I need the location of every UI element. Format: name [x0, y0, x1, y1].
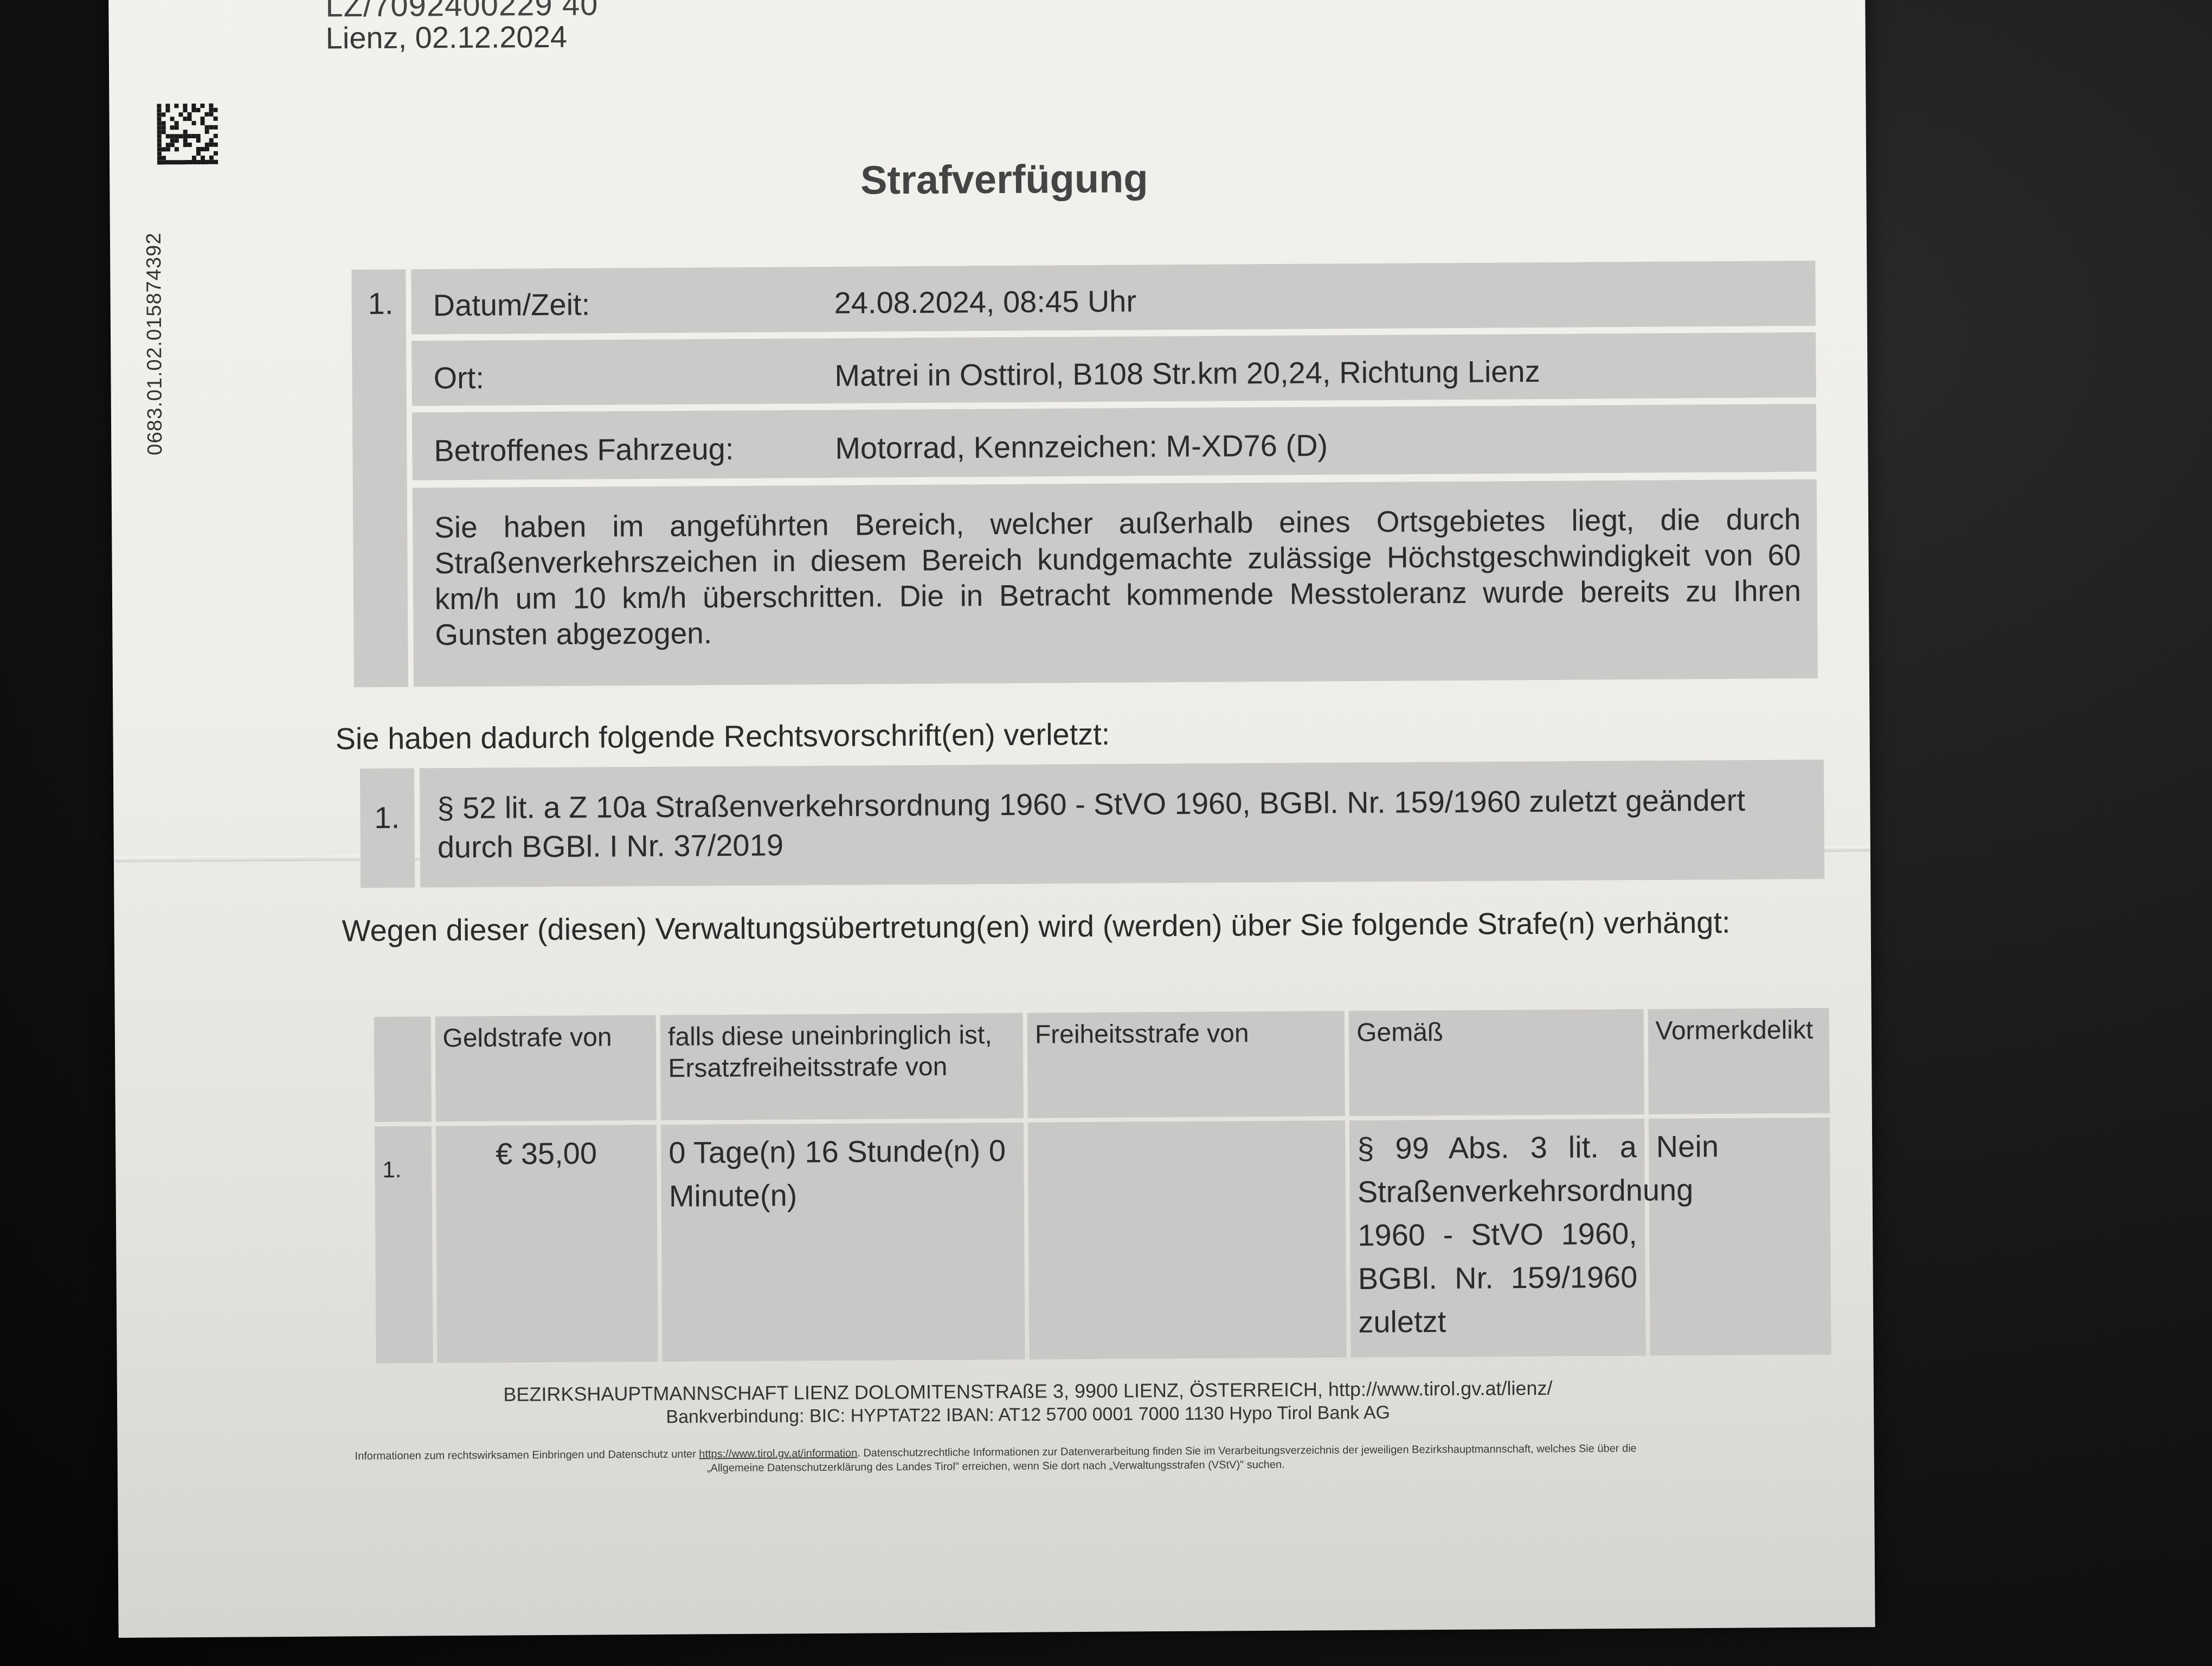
violation-text: § 52 lit. a Z 10a Straßenverkehrsordnung… [420, 760, 1824, 888]
penalty-number: 1. [375, 1126, 433, 1363]
incident-row-vehicle: Betroffenes Fahrzeug: Motorrad, Kennzeic… [412, 404, 1817, 480]
header-number [374, 1016, 432, 1122]
page-title: Strafverfügung [110, 151, 1866, 208]
incident-description: Sie haben im angeführten Bereich, welche… [434, 501, 1802, 652]
header-vormerkdelikt: Vormerkdelikt [1648, 1008, 1830, 1114]
penalty-ersatzfreiheitsstrafe: 0 Tage(n) 16 Stunde(n) 0 Minute(n) [661, 1123, 1025, 1362]
violation-number: 1. [374, 800, 400, 835]
incident-details: 1. Datum/Zeit: 24.08.2024, 08:45 Uhr Ort… [351, 261, 1818, 687]
header-ersatzfreiheitsstrafe: falls diese uneinbringlich ist, Ersatzfr… [660, 1013, 1024, 1120]
datetime-value: 24.08.2024, 08:45 Uhr [834, 283, 1136, 320]
penalty-freiheitsstrafe [1028, 1120, 1347, 1360]
incident-row-description: Sie haben im angeführten Bereich, welche… [413, 479, 1818, 687]
penalty-vormerkdelikt: Nein [1648, 1118, 1831, 1356]
incident-number-cell: 1. [351, 270, 408, 688]
table-row: 1. € 35,00 0 Tage(n) 16 Stunde(n) 0 Minu… [375, 1118, 1831, 1363]
incident-row-datetime: Datum/Zeit: 24.08.2024, 08:45 Uhr [411, 261, 1816, 335]
place-date: Lienz, 02.12.2024 [325, 19, 567, 56]
header-gemaess: Gemäß [1349, 1009, 1644, 1116]
violations-intro: Sie haben dadurch folgende Rechtsvorschr… [335, 716, 1110, 757]
vehicle-label: Betroffenes Fahrzeug: [434, 431, 734, 468]
violation-number-cell: 1. [360, 768, 415, 888]
header-freiheitsstrafe: Freiheitsstrafe von [1027, 1011, 1345, 1118]
penalty-table: Geldstrafe von falls diese uneinbringlic… [370, 1004, 1836, 1368]
datetime-label: Datum/Zeit: [433, 287, 590, 323]
datamatrix-code-icon [157, 104, 218, 165]
header-geldstrafe: Geldstrafe von [435, 1015, 657, 1122]
footer-privacy: Informationen zum rechtswirksamen Einbri… [351, 1441, 1641, 1478]
document-page: LZ/7092400229 40 Lienz, 02.12.2024 0683.… [108, 0, 1875, 1638]
side-document-code: 0683.01.02.015874392 [143, 232, 168, 455]
violations-list: 1. § 52 lit. a Z 10a Straßenverkehrsordn… [360, 760, 1824, 888]
incident-number: 1. [368, 286, 393, 321]
privacy-text-pre: Informationen zum rechtswirksamen Einbri… [355, 1448, 699, 1462]
privacy-link[interactable]: https://www.tirol.gv.at/information [699, 1447, 857, 1460]
vehicle-value: Motorrad, Kennzeichen: M-XD76 (D) [835, 427, 1328, 466]
location-value: Matrei in Osttirol, B108 Str.km 20,24, R… [834, 354, 1540, 393]
penalty-intro: Wegen dieser (diesen) Verwaltungsübertre… [342, 898, 1816, 955]
penalty-geldstrafe: € 35,00 [435, 1125, 658, 1363]
incident-row-location: Ort: Matrei in Osttirol, B108 Str.km 20,… [411, 332, 1816, 406]
location-label: Ort: [433, 360, 484, 396]
penalty-gemaess: § 99 Abs. 3 lit. a Straßenverkehrsordnun… [1349, 1119, 1645, 1357]
penalty-header-row: Geldstrafe von falls diese uneinbringlic… [374, 1008, 1830, 1122]
